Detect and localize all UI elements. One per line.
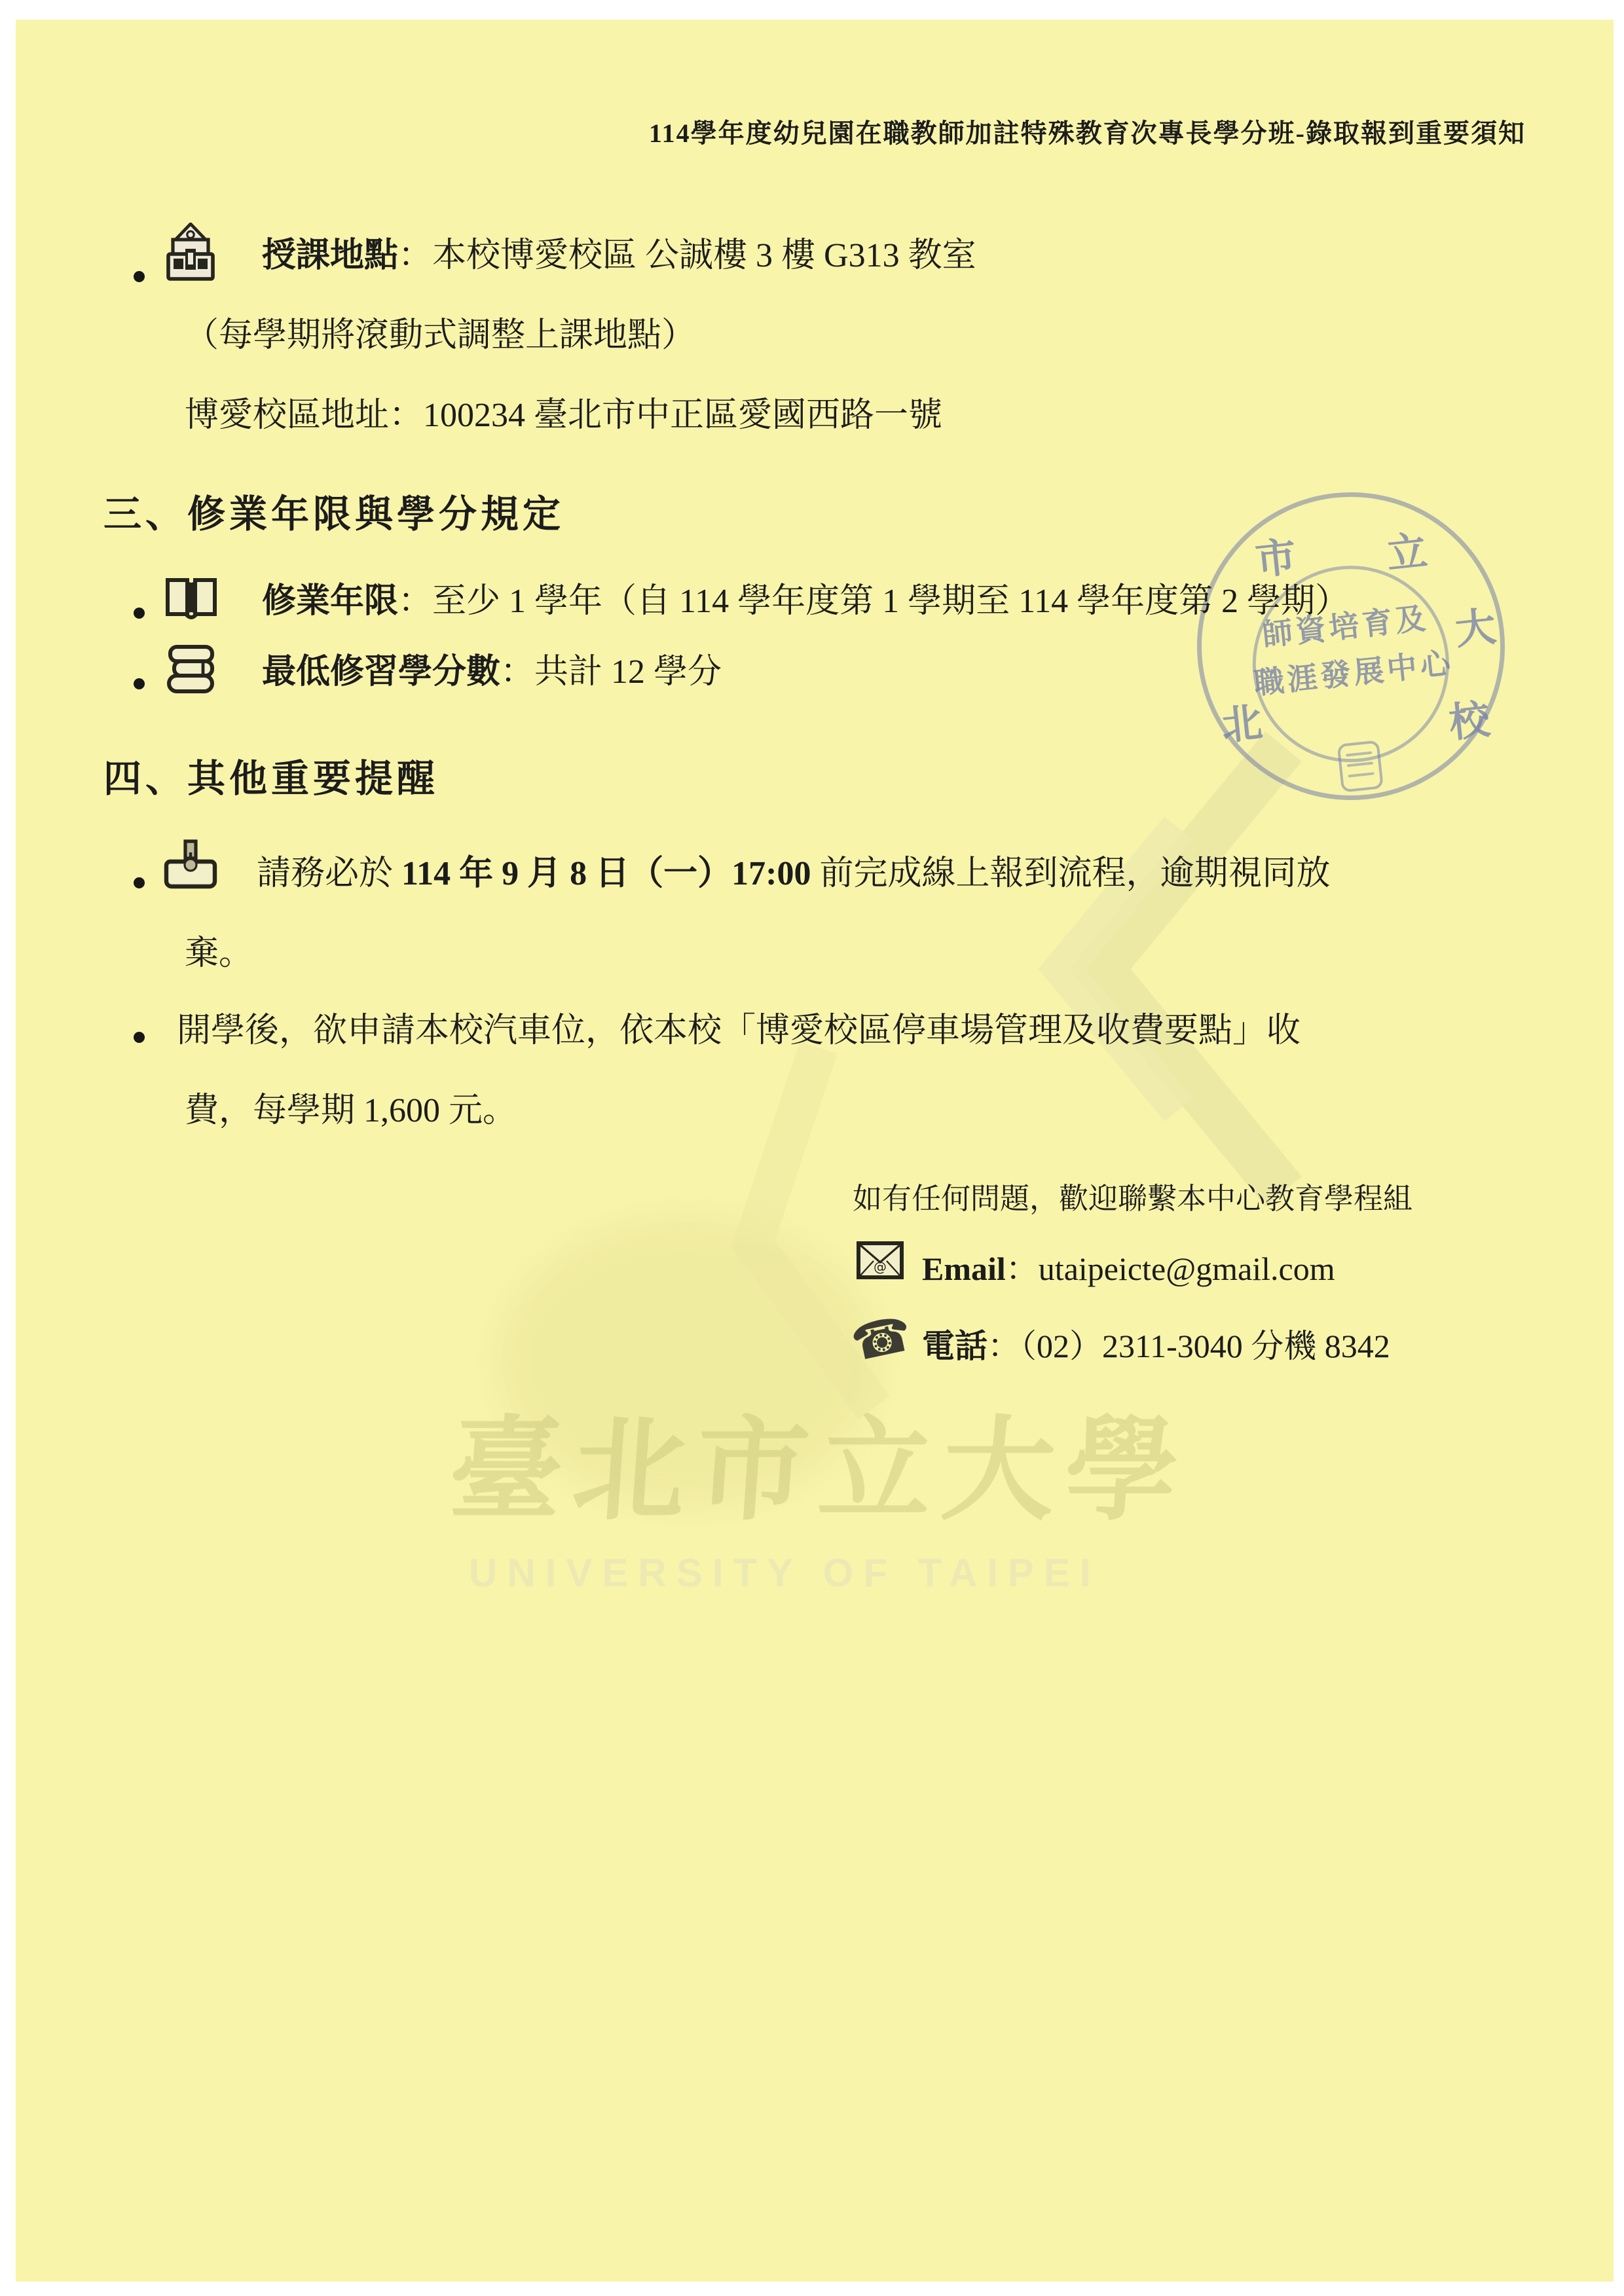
page-header-title: 114學年度幼兒園在職教師加註特殊教育次專長學分班-錄取報到重要須知: [649, 113, 1526, 150]
deadline-continuation: 棄。: [185, 934, 253, 974]
watermark-university-en: UNIVERSITY OF TAIPEI: [469, 1550, 1101, 1595]
school-building-icon: [165, 223, 216, 285]
bullet-dot: [134, 1032, 145, 1043]
stamp-emblem: [1337, 740, 1384, 792]
stamp-ring-char: 立: [1383, 518, 1430, 580]
study-period-line: 修業年限：至少 1 學年（自 114 學年度第 1 學期至 114 學年度第 2…: [262, 581, 1349, 622]
watermark-university-cn: 臺北市立大學: [445, 1380, 1194, 1542]
parking-line2: 費，每學期 1,600 元。: [185, 1091, 517, 1131]
deadline-pre: 請務必於: [257, 855, 401, 892]
min-credits-line: 最低修習學分數：共計 12 學分: [262, 652, 722, 693]
location-line: 授課地點：本校博愛校區 公誠樓 3 樓 G313 教室: [262, 236, 976, 276]
stamp-ring-char: 市: [1252, 524, 1299, 586]
phone-value: ：（02）2311-3040 分機 8342: [987, 1328, 1390, 1364]
bullet-dot: [134, 877, 145, 888]
bullet-dot: [134, 608, 145, 619]
open-book-icon: [164, 575, 219, 623]
parking-line1: 開學後，欲申請本校汽車位，依本校「博愛校區停車場管理及收費要點」收: [177, 1011, 1301, 1051]
contact-note: 如有任何問題，歡迎聯繫本中心教育學程組: [853, 1175, 1412, 1217]
deadline-line: 請務必於 114 年 9 月 8 日（一）17:00 前完成線上報到流程，逾期視…: [257, 854, 1330, 894]
min-credits-label: 最低修習學分數: [262, 653, 500, 691]
location-note: （每學期將滾動式調整上課地點）: [185, 316, 695, 356]
bullet-dot: [134, 678, 145, 689]
paper-sheet: [16, 20, 1614, 2282]
svg-text:@: @: [874, 1259, 887, 1275]
email-label: Email: [922, 1250, 1006, 1287]
study-period-value: ：至少 1 學年（自 114 學年度第 1 學期至 114 學年度第 2 學期）: [398, 583, 1349, 620]
books-stack-icon: [165, 643, 216, 697]
phone-label: 電話: [922, 1328, 987, 1364]
scanned-notice-page: { "header": { "title": "114學年度幼兒園在職教師加註特…: [0, 0, 1624, 2296]
location-label: 授課地點: [262, 237, 398, 274]
section-four-title: 四、其他重要提醒: [103, 748, 439, 803]
office-stamp: 市 立 大 校 北 師資培育及 職涯發展中心: [1182, 477, 1521, 816]
stamp-ring-char: 大: [1452, 594, 1498, 656]
min-credits-value: ：共計 12 學分: [500, 653, 722, 691]
stamp-ring-char: 校: [1446, 687, 1492, 749]
email-line: Email：utaipeicte@gmail.com: [922, 1243, 1335, 1290]
email-value: ：utaipeicte@gmail.com: [1006, 1250, 1335, 1287]
location-address: 博愛校區地址：100234 臺北市中正區愛國西路一號: [185, 395, 942, 436]
deadline-datetime: 114 年 9 月 8 日（一）17:00: [401, 855, 811, 892]
phone-line: 電話：（02）2311-3040 分機 8342: [922, 1320, 1390, 1367]
location-value: ：本校博愛校區 公誠樓 3 樓 G313 教室: [398, 237, 976, 274]
section-three-title: 三、修業年限與學分規定: [103, 483, 564, 538]
study-period-label: 修業年限: [262, 583, 398, 620]
email-icon: @: [857, 1241, 904, 1279]
bullet-dot: [134, 271, 145, 282]
deadline-post: 前完成線上報到流程，逾期視同放: [811, 855, 1330, 892]
checkin-press-icon: [162, 839, 219, 897]
